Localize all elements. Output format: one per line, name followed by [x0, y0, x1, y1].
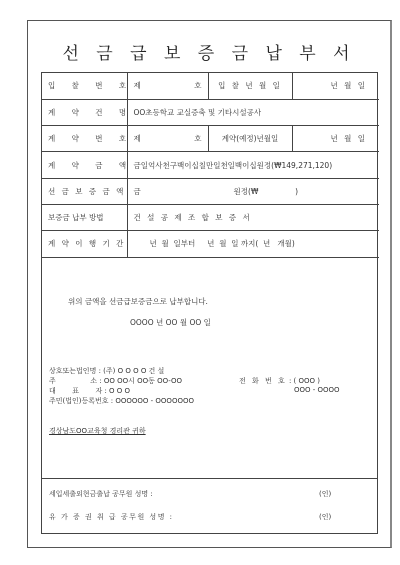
- signature-row-cash-officer: 세입세출외현금출납 공무원 성명 : (인): [49, 489, 369, 499]
- rep-label-1: 대: [49, 387, 56, 395]
- phone-number: OOO - OOOO: [294, 386, 340, 394]
- address-label-1: 주: [49, 377, 56, 385]
- contract-name-value: OO초등학교 교실증축 및 기타시설공사: [127, 99, 379, 125]
- seal-mark-1: (인): [319, 489, 331, 499]
- rep-value: : O O O: [104, 387, 130, 395]
- contract-number-prefix: 제: [134, 133, 141, 144]
- registration-row: 주민(법인)등록번호 : OOOOOO - OOOOOOO: [49, 396, 194, 406]
- table-row-payment-method: 보증금 납부 방법 건 설 공 제 조 합 보 증 서: [42, 204, 379, 230]
- table-row-contract-number: 계 약 번 호 제호 계약(예정)년월일 년 월 일: [42, 126, 379, 152]
- label-contract-amount: 계 약 금 액: [42, 152, 127, 178]
- phone-row: 전 화 번 호 : ( OOO ): [239, 376, 320, 386]
- company-value: : (주) O O O O 건 설: [99, 367, 165, 375]
- bid-number-suffix: 호: [194, 80, 201, 91]
- info-table: 입 찰 번 호 제호 입 찰 년 월 일 년 월 일 계 약 건 명 OO초등학…: [42, 73, 379, 258]
- address-row: 주 소 : OO OO시 OO동 OO-OO: [49, 376, 182, 386]
- signature-label-securities-officer: 유 가 증 권 취 급 공무원 성명 :: [49, 513, 174, 521]
- table-row-contract-amount: 계 약 금 액 금일억사천구백이십칠만일천일백이십원정(₩149,271,120…: [42, 152, 379, 178]
- reg-label: 주민(법인)등록번호: [49, 397, 109, 405]
- signature-block: 세입세출외현금출납 공무원 성명 : (인) 유 가 증 권 취 급 공무원 성…: [42, 478, 377, 534]
- signature-label-cash-officer: 세입세출외현금출납 공무원 성명 :: [49, 490, 153, 498]
- statement-date: OOOO 년 OO 월 OO 일: [130, 317, 211, 328]
- statement-text: 위의 금액을 선금급보증금으로 납부합니다.: [68, 296, 208, 307]
- table-row-contract-name: 계 약 건 명 OO초등학교 교실증축 및 기타시설공사: [42, 99, 379, 125]
- bid-date-value: 년 월 일: [292, 73, 379, 99]
- label-contract-name: 계 약 건 명: [42, 99, 127, 125]
- address-value: : OO OO시 OO동 OO-OO: [99, 377, 182, 385]
- contract-number-cell: 제호: [127, 126, 208, 152]
- label-bid-number: 입 찰 번 호: [42, 73, 127, 99]
- label-payment-method: 보증금 납부 방법: [42, 204, 127, 230]
- rep-label-2: 표: [72, 387, 79, 395]
- rep-label-3: 자: [95, 387, 102, 395]
- phone-value: : ( OOO ): [289, 377, 320, 385]
- reg-value: : OOOOOO - OOOOOOO: [111, 397, 194, 405]
- label-advance-guarantee: 선 금 보 증 금 액: [42, 178, 127, 204]
- company-label: 상호또는법인명: [49, 367, 96, 375]
- bid-number-prefix: 제: [134, 80, 141, 91]
- table-row-bid-number: 입 찰 번 호 제호 입 찰 년 월 일 년 월 일: [42, 73, 379, 99]
- addressee: 경상남도OO교육청 경리관 귀하: [49, 426, 146, 436]
- contract-amount-value: 금일억사천구백이십칠만일천일백이십원정(₩149,271,120): [127, 152, 379, 178]
- label-contract-date: 계약(예정)년월일: [208, 126, 292, 152]
- phone-label: 전 화 번 호: [239, 377, 287, 385]
- payment-method-value: 건 설 공 제 조 합 보 증 서: [127, 204, 379, 230]
- advance-guarantee-close: ): [295, 187, 298, 196]
- table-row-advance-guarantee: 선 금 보 증 금 액 금 원정(₩ ): [42, 178, 379, 204]
- advance-guarantee-won: 원정(₩: [234, 187, 259, 196]
- signature-row-securities-officer: 유 가 증 권 취 급 공무원 성명 : (인): [49, 512, 369, 522]
- document-title: 선 금 급 보 증 금 납 부 서: [28, 39, 390, 64]
- contract-date-value: 년 월 일: [292, 126, 379, 152]
- label-contract-number: 계 약 번 호: [42, 126, 127, 152]
- advance-guarantee-cell: 금 원정(₩ ): [127, 178, 379, 204]
- label-bid-date: 입 찰 년 월 일: [208, 73, 292, 99]
- representative-row: 대 표 자 : O O O: [49, 386, 130, 396]
- performance-period-value: 년 월 일부터 년 월 일 까지( 년 개월): [127, 231, 379, 257]
- label-performance-period: 계 약 이 행 기 간: [42, 231, 127, 257]
- address-label-2: 소: [90, 377, 97, 385]
- form-frame: 입 찰 번 호 제호 입 찰 년 월 일 년 월 일 계 약 건 명 OO초등학…: [41, 72, 378, 534]
- company-row: 상호또는법인명 : (주) O O O O 건 설: [49, 366, 164, 376]
- advance-guarantee-prefix: 금: [134, 187, 141, 196]
- seal-mark-2: (인): [319, 512, 331, 522]
- document-page: 선 금 급 보 증 금 납 부 서 입 찰 번 호 제호 입 찰 년 월 일 년…: [27, 20, 392, 548]
- bid-number-cell: 제호: [127, 73, 208, 99]
- table-row-performance-period: 계 약 이 행 기 간 년 월 일부터 년 월 일 까지( 년 개월): [42, 231, 379, 257]
- contract-number-suffix: 호: [194, 133, 201, 144]
